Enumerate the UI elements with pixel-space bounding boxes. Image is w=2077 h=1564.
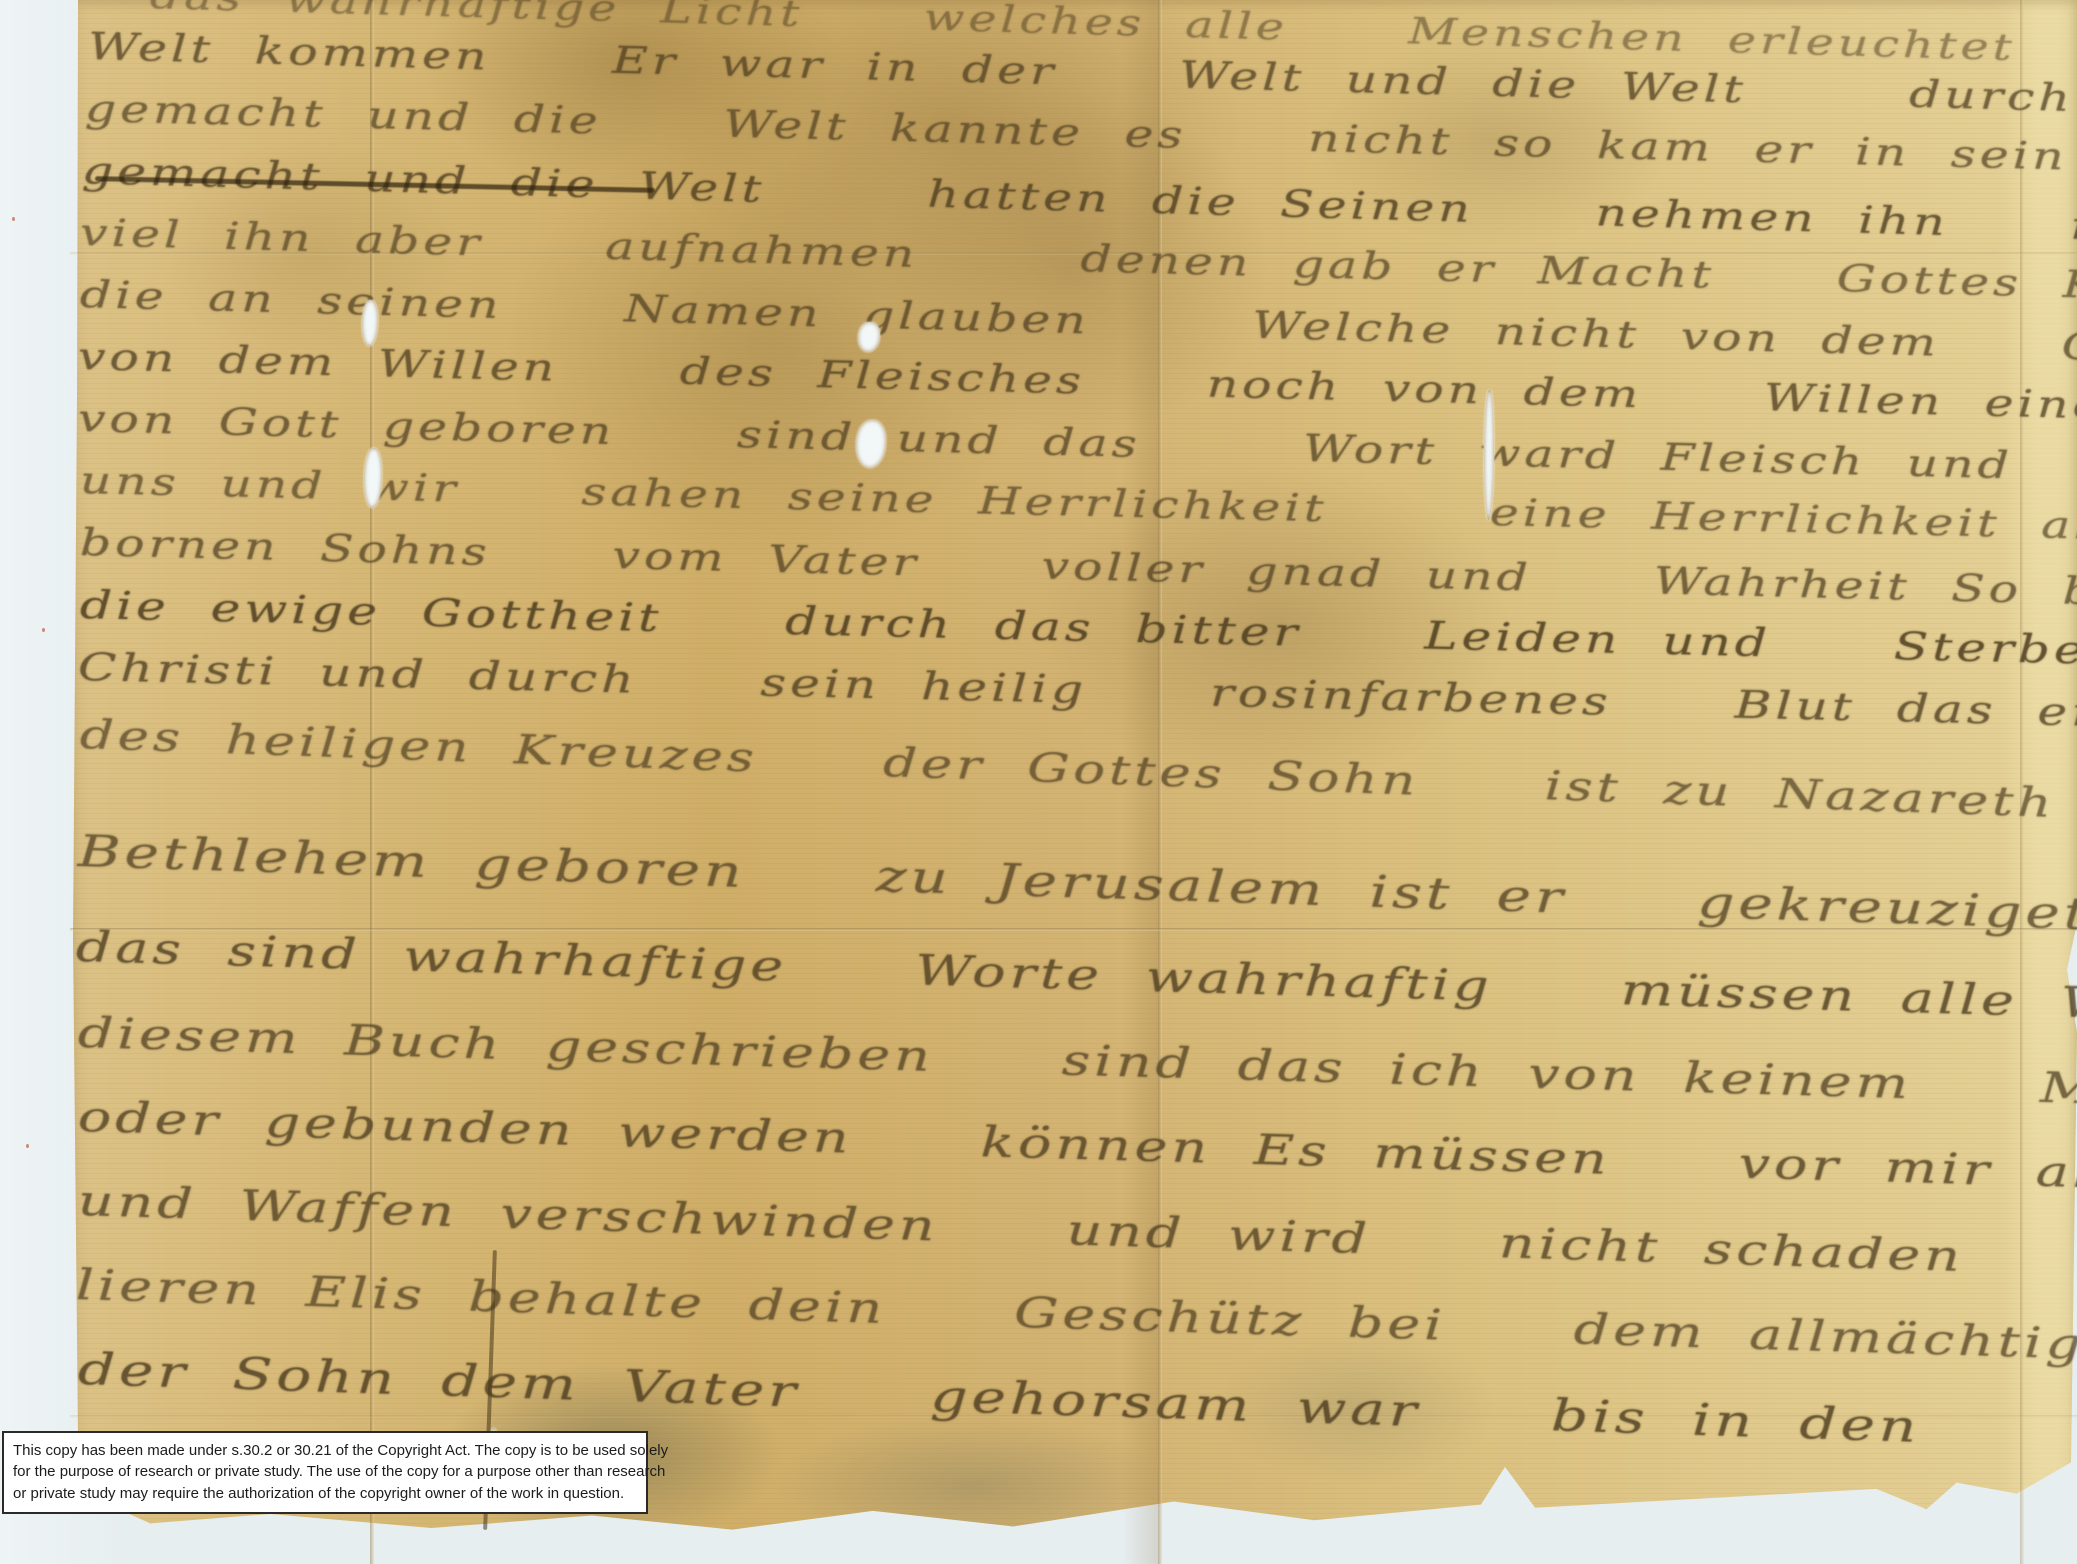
copyright-notice-line: for the purpose of research or private s… (13, 1461, 637, 1482)
copyright-notice-label: This copy has been made under s.30.2 or … (2, 1431, 648, 1514)
handwritten-line-13: des heiligen Kreuzes der Gottes Sohn ist… (79, 712, 2077, 847)
copyright-notice-line: or private study may require the authori… (13, 1483, 637, 1504)
copyright-notice-line: This copy has been made under s.30.2 or … (13, 1440, 637, 1461)
scanned-document-page: { "scan": { "background_color": "#e9f0f2… (0, 0, 2077, 1564)
handwritten-text-layer: das wahrhaftige Licht welches alle Mensc… (0, 0, 2077, 1564)
